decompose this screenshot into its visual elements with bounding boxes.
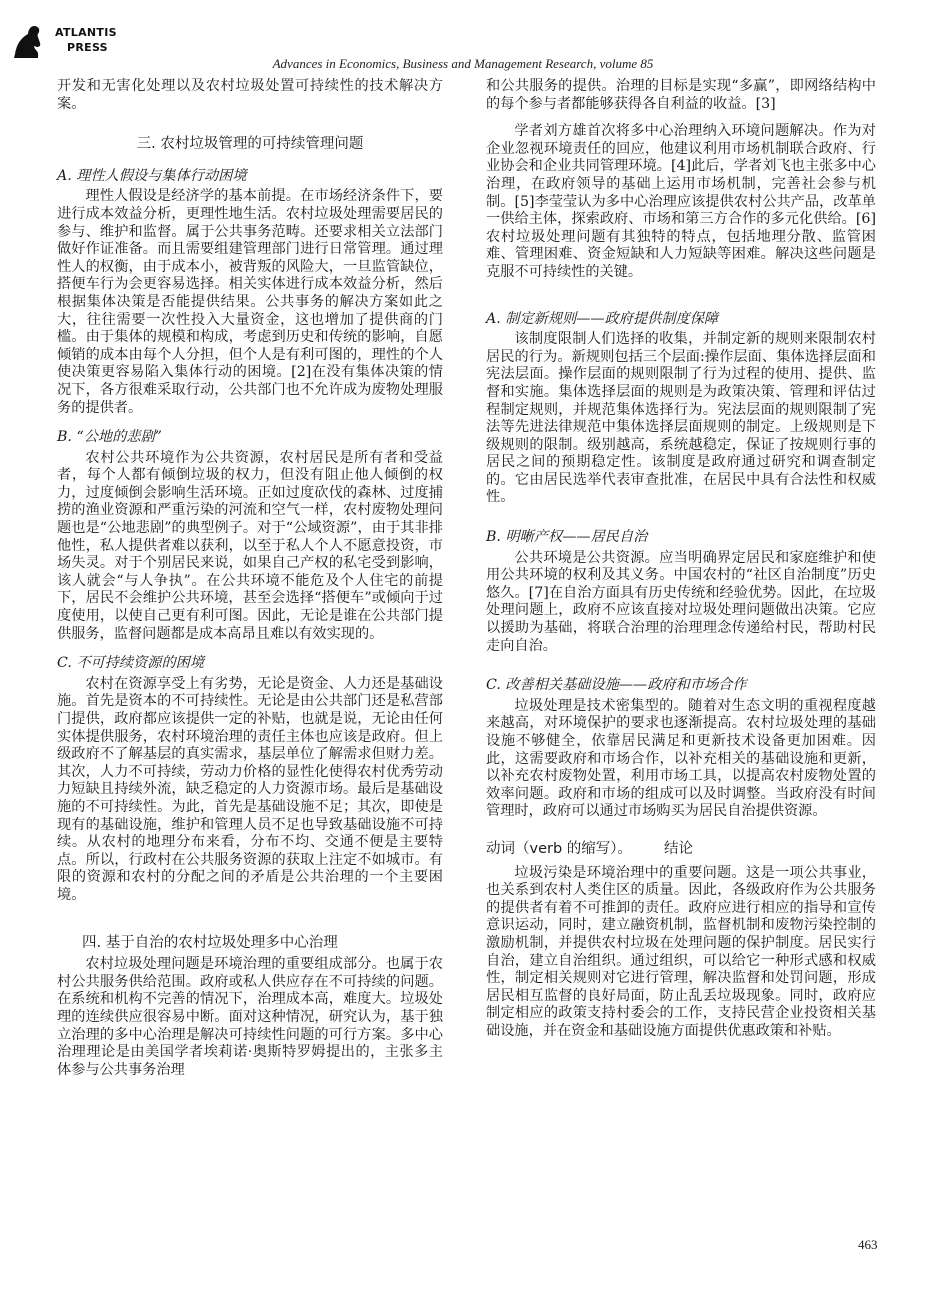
- right-subsection-a-paragraph: 该制度限制人们选择的收集，并制定新的规则来限制农村居民的行为。新规则包括三个层面…: [486, 331, 876, 507]
- section-3-heading: 三. 农村垃圾管理的可持续管理问题: [57, 136, 443, 154]
- conclusion-prefix-latin: verb: [530, 841, 563, 857]
- right-column: 和公共服务的提供。治理的目标是实现“多赢”，即网络结构中的每个参与者都能够获得各…: [486, 78, 876, 1041]
- conclusion-prefix-b: 的缩写）。: [562, 841, 632, 857]
- subsection-a-heading: A. 理性人假设与集体行动困境: [57, 168, 443, 186]
- subsection-b-paragraph: 农村公共环境作为公共资源，农村居民是所有者和受益者，每个人都有倾倒垃圾的权力，但…: [57, 450, 443, 644]
- subsection-b-heading: B. “公地的悲剧”: [57, 429, 443, 447]
- running-head: Advances in Economics, Business and Mana…: [0, 56, 926, 72]
- conclusion-paragraph: 垃圾污染是环境治理中的重要问题。这是一项公共事业，也关系到农村人类住区的质量。因…: [486, 865, 876, 1041]
- conclusion-prefix-a: 动词（: [486, 841, 530, 857]
- right-subsection-b-heading: B. 明晰产权——居民自治: [486, 529, 876, 547]
- publisher-name-line1: ATLANTIS: [55, 26, 117, 39]
- right-subsection-c-paragraph: 垃圾处理是技术密集型的。随着对生态文明的重视程度越来越高，对环境保护的要求也逐渐…: [486, 698, 876, 821]
- intro-tail-paragraph: 开发和无害化处理以及农村垃圾处置可持续性的技术解决方案。: [57, 78, 443, 113]
- page-number: 463: [858, 1237, 878, 1253]
- publisher-name-line2: PRESS: [55, 40, 117, 55]
- section-4-paragraph: 农村垃圾处理问题是环境治理的重要组成部分。也属于农村公共服务供给范围。政府或私人…: [57, 956, 443, 1079]
- subsection-a-paragraph: 理性人假设是经济学的基本前提。在市场经济条件下，要进行成本效益分析，更理性地生活…: [57, 188, 443, 417]
- conclusion-heading: 动词（verb 的缩写）。结论: [486, 841, 876, 859]
- subsection-c-paragraph: 农村在资源享受上有劣势，无论是资金、人力还是基础设施。首先是资本的不可持续性。无…: [57, 676, 443, 905]
- conclusion-title: 结论: [664, 841, 693, 857]
- continued-paragraph: 和公共服务的提供。治理的目标是实现“多赢”，即网络结构中的每个参与者都能够获得各…: [486, 78, 876, 113]
- thinker-statue-icon: [12, 24, 52, 60]
- right-subsection-a-heading: A. 制定新规则——政府提供制度保障: [486, 311, 876, 329]
- right-subsection-c-heading: C. 改善相关基础设施——政府和市场合作: [486, 677, 876, 695]
- section-4-heading: 四. 基于自治的农村垃圾处理多中心治理: [57, 935, 443, 953]
- left-column: 开发和无害化处理以及农村垃圾处置可持续性的技术解决方案。 三. 农村垃圾管理的可…: [57, 78, 443, 1079]
- right-subsection-b-paragraph: 公共环境是公共资源。应当明确界定居民和家庭维护和使用公共环境的权利及其义务。中国…: [486, 550, 876, 656]
- scholars-paragraph: 学者刘方雄首次将多中心治理纳入环境问题解决。作为对企业忽视环境责任的回应，他建议…: [486, 123, 876, 281]
- subsection-c-heading: C. 不可持续资源的困境: [57, 655, 443, 673]
